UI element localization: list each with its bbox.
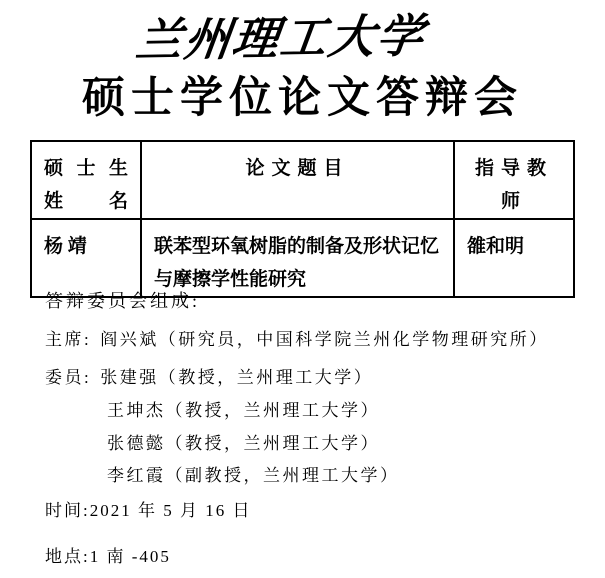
university-logo-calligraphy: 兰州理工大学 xyxy=(132,0,429,71)
committee-member-line: 王坤杰（教授，兰州理工大学） xyxy=(107,401,380,421)
committee-member-line: 委员:张建强（教授，兰州理工大学） xyxy=(45,368,373,388)
table-row: 杨 靖 联苯型环氧树脂的制备及形状记忆 与摩擦学性能研究 雒和明 xyxy=(31,219,574,297)
header-thesis-title-cell: 论文题目 xyxy=(141,141,454,219)
student-name-cell: 杨 靖 xyxy=(31,219,141,297)
defense-announcement-page: 兰州理工大学 硕士学位论文答辩会 硕 士 生 姓 名 论文题目 指导教师 杨 靖… xyxy=(0,0,605,578)
header-student-name-cell: 硕 士 生 姓 名 xyxy=(31,141,141,219)
table-header-row: 硕 士 生 姓 名 论文题目 指导教师 xyxy=(31,141,574,219)
member-value: 张建强（教授，兰州理工大学） xyxy=(100,368,373,387)
header-student-line2: 姓 名 xyxy=(44,185,128,218)
member-label: 委员: xyxy=(45,368,91,387)
header-advisor-cell: 指导教师 xyxy=(454,141,574,219)
committee-chair-line: 主席:阎兴斌（研究员，中国科学院兰州化学物理研究所） xyxy=(45,330,549,350)
thesis-title-line1: 联苯型环氧树脂的制备及形状记忆 xyxy=(154,230,441,263)
chair-value: 阎兴斌（研究员，中国科学院兰州化学物理研究所） xyxy=(100,330,549,349)
university-logo: 兰州理工大学 xyxy=(0,2,583,68)
advisor-name-cell: 雒和明 xyxy=(454,219,574,297)
thesis-title-cell: 联苯型环氧树脂的制备及形状记忆 与摩擦学性能研究 xyxy=(141,219,454,297)
committee-heading: 答辩委员会组成: xyxy=(45,291,200,311)
header-student-line1: 硕 士 生 xyxy=(44,152,128,185)
defense-time: 时间:2021 年 5 月 16 日 xyxy=(45,501,251,521)
defense-location: 地点:1 南 -405 xyxy=(45,547,171,567)
defense-info-table: 硕 士 生 姓 名 论文题目 指导教师 杨 靖 联苯型环氧树脂的制备及形状记忆 … xyxy=(30,140,575,298)
committee-member-line: 李红霞（副教授，兰州理工大学） xyxy=(107,466,400,486)
chair-label: 主席: xyxy=(45,330,91,349)
committee-member-line: 张德懿（教授，兰州理工大学） xyxy=(107,434,380,454)
page-title: 硕士学位论文答辩会 xyxy=(0,64,605,125)
